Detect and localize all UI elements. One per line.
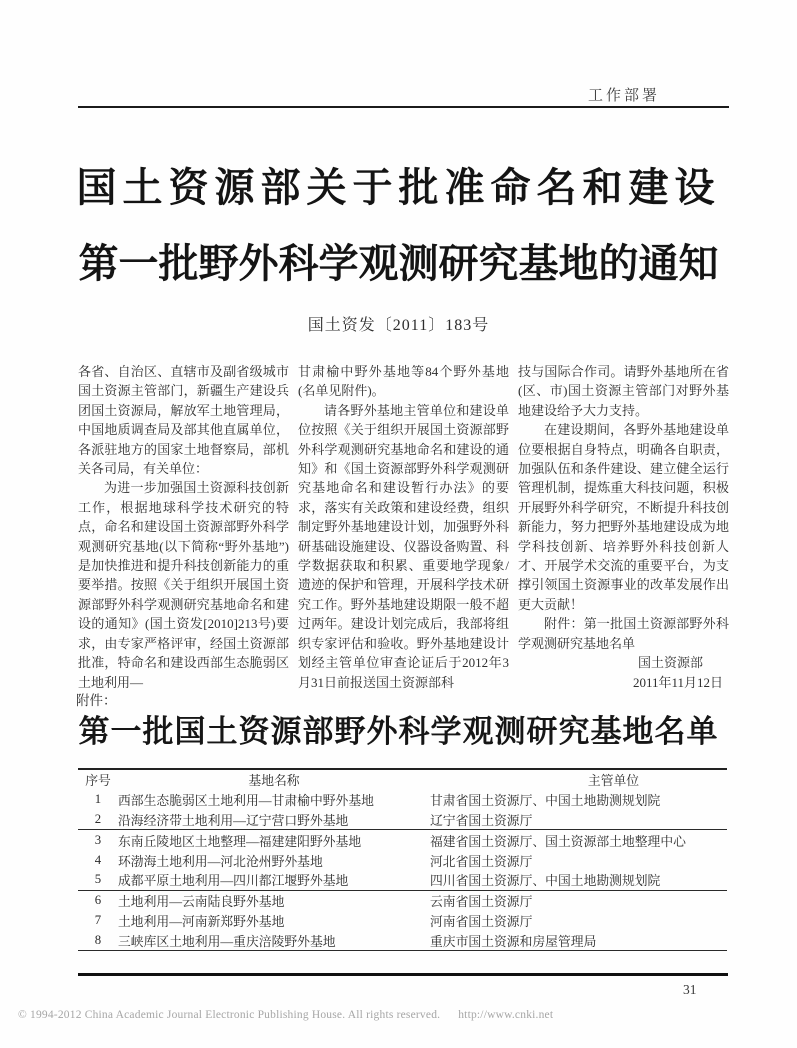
- base-unit: 甘肃省国土资源厅、中国土地勘测规划院: [430, 790, 727, 809]
- column-paragraphs: 各省、自治区、直辖市及副省级城市国土资源主管部门，新疆生产建设兵团国土资源局，解…: [78, 362, 289, 692]
- base-name: 沿海经济带土地利用—辽宁营口野外基地: [118, 810, 430, 829]
- table-row: 5成都平原土地利用—四川都江堰野外基地四川省国土资源厅、中国土地勘测规划院: [78, 870, 727, 891]
- base-seq: 6: [78, 893, 118, 908]
- base-seq: 3: [78, 833, 118, 848]
- base-unit: 四川省国土资源厅、中国土地勘测规划院: [430, 870, 727, 889]
- notice-title-line-2: 第一批野外科学观测研究基地的通知: [50, 226, 747, 302]
- signature: 国土资源部: [518, 653, 729, 672]
- body-column-3: 技与国际合作司。请野外基地所在省(区、市)国土资源主管部门对野外基地建设给予大力…: [518, 362, 729, 692]
- body-column-1: 各省、自治区、直辖市及副省级城市国土资源主管部门，新疆生产建设兵团国土资源局，解…: [78, 362, 289, 692]
- column-header-seq: 序号: [78, 770, 118, 789]
- notice-title: 国土资源部关于批准命名和建设 第一批野外科学观测研究基地的通知: [50, 150, 747, 302]
- body-paragraph: 在建设期间，各野外基地建设单位要根据自身特点，明确各自职责，加强队伍和条件建设、…: [518, 420, 729, 614]
- signature-date: 2011年11月12日: [518, 673, 729, 692]
- column-header-unit: 主管单位: [500, 770, 727, 789]
- body-column-2: 甘肃榆中野外基地等84个野外基地(名单见附件)。请各野外基地主管单位和建设单位按…: [298, 362, 509, 692]
- document-number: 国土资发〔2011〕183号: [0, 312, 797, 335]
- base-name: 土地利用—河南新郑野外基地: [118, 911, 430, 930]
- base-name: 西部生态脆弱区土地利用—甘肃榆中野外基地: [118, 790, 430, 809]
- body-paragraph: 为进一步加强国土资源科技创新工作，根据地球科学技术研究的特点，命名和建设国土资源…: [78, 478, 289, 691]
- base-seq: 8: [78, 933, 118, 948]
- base-seq: 1: [78, 792, 118, 807]
- bottom-rule: [78, 973, 728, 976]
- column-paragraphs: 甘肃榆中野外基地等84个野外基地(名单见附件)。请各野外基地主管单位和建设单位按…: [298, 362, 509, 692]
- table-header-row: 序号 基地名称 主管单位: [78, 770, 727, 790]
- base-seq: 5: [78, 872, 118, 887]
- section-label: 工作部署: [588, 84, 660, 105]
- bases-table-body: 1西部生态脆弱区土地利用—甘肃榆中野外基地甘肃省国土资源厅、中国土地勘测规划院2…: [78, 790, 727, 950]
- column-header-base-name: 基地名称: [118, 770, 500, 789]
- cnki-url: http://www.cnki.net: [458, 1009, 553, 1021]
- attachment-title: 第一批国土资源部野外科学观测研究基地名单: [40, 706, 757, 751]
- table-row: 7土地利用—河南新郑野外基地河南省国土资源厅: [78, 911, 727, 931]
- table-row: 2沿海经济带土地利用—辽宁营口野外基地辽宁省国土资源厅: [78, 810, 727, 831]
- base-name: 三峡库区土地利用—重庆涪陵野外基地: [118, 931, 430, 950]
- page-number: 31: [683, 982, 697, 998]
- base-seq: 7: [78, 913, 118, 928]
- base-unit: 重庆市国土资源和房屋管理局: [430, 931, 727, 950]
- base-unit: 河北省国土资源厅: [430, 851, 727, 870]
- table-row: 3东南丘陵地区土地整理—福建建阳野外基地福建省国土资源厅、国土资源部土地整理中心: [78, 830, 727, 850]
- base-seq: 2: [78, 812, 118, 827]
- body-paragraph: 技与国际合作司。请野外基地所在省(区、市)国土资源主管部门对野外基地建设给予大力…: [518, 362, 729, 420]
- base-unit: 河南省国土资源厅: [430, 911, 727, 930]
- base-name: 环渤海土地利用—河北沧州野外基地: [118, 851, 430, 870]
- body-paragraph: 请各野外基地主管单位和建设单位按照《关于组织开展国土资源部野外科学观测研究基地命…: [298, 401, 509, 692]
- body-paragraph: 附件：第一批国土资源部野外科学观测研究基地名单: [518, 614, 729, 653]
- body-paragraph: 甘肃榆中野外基地等84个野外基地(名单见附件)。: [298, 362, 509, 401]
- table-row: 4环渤海土地利用—河北沧州野外基地河北省国土资源厅: [78, 850, 727, 870]
- base-unit: 辽宁省国土资源厅: [430, 810, 727, 829]
- notice-body: 各省、自治区、直辖市及副省级城市国土资源主管部门，新疆生产建设兵团国土资源局，解…: [78, 362, 729, 692]
- table-row: 6土地利用—云南陆良野外基地云南省国土资源厅: [78, 891, 727, 911]
- table-row: 8三峡库区土地利用—重庆涪陵野外基地重庆市国土资源和房屋管理局: [78, 930, 727, 950]
- base-unit: 云南省国土资源厅: [430, 891, 727, 910]
- base-unit: 福建省国土资源厅、国土资源部土地整理中心: [430, 831, 727, 850]
- table-row: 1西部生态脆弱区土地利用—甘肃榆中野外基地甘肃省国土资源厅、中国土地勘测规划院: [78, 790, 727, 810]
- base-name: 东南丘陵地区土地整理—福建建阳野外基地: [118, 831, 430, 850]
- base-seq: 4: [78, 853, 118, 868]
- body-paragraph: 各省、自治区、直辖市及副省级城市国土资源主管部门，新疆生产建设兵团国土资源局，解…: [78, 362, 289, 478]
- base-name: 成都平原土地利用—四川都江堰野外基地: [118, 870, 430, 889]
- copyright-footer: © 1994-2012 China Academic Journal Elect…: [18, 1009, 553, 1021]
- scanned-document-page: 工作部署 国土资源部关于批准命名和建设 第一批野外科学观测研究基地的通知 国土资…: [0, 0, 797, 1048]
- notice-title-line-1: 国土资源部关于批准命名和建设: [50, 150, 747, 226]
- copyright-text: © 1994-2012 China Academic Journal Elect…: [18, 1009, 440, 1021]
- header-rule: [78, 106, 729, 108]
- column-paragraphs: 技与国际合作司。请野外基地所在省(区、市)国土资源主管部门对野外基地建设给予大力…: [518, 362, 729, 653]
- base-name: 土地利用—云南陆良野外基地: [118, 891, 430, 910]
- bases-table: 序号 基地名称 主管单位 1西部生态脆弱区土地利用—甘肃榆中野外基地甘肃省国土资…: [78, 768, 727, 951]
